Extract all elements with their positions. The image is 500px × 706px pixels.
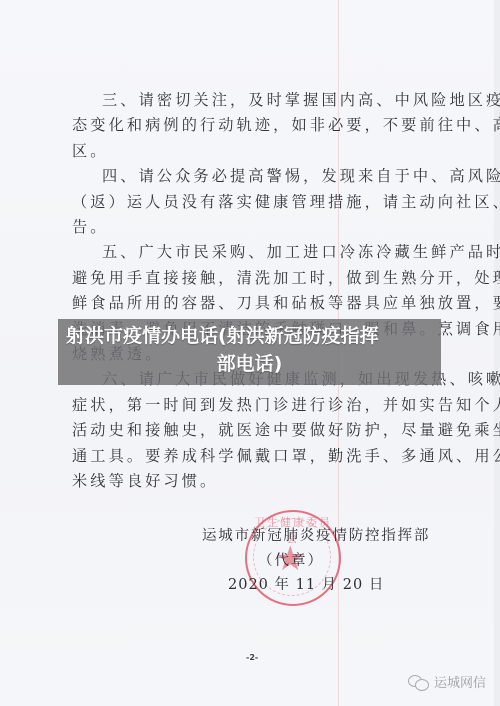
wechat-icon	[408, 674, 430, 690]
source-watermark: 运城网信	[408, 672, 486, 691]
article-title[interactable]: 射洪市疫情办电话(射洪新冠防疫指挥 部电话)	[58, 322, 441, 378]
signature-date: 2020 年 11 月 20 日	[228, 573, 384, 594]
page-number: -2-	[246, 653, 258, 662]
seal-note: （代章）	[258, 549, 324, 570]
title-banner: 射洪市疫情办电话(射洪新冠防疫指挥 部电话)	[58, 319, 441, 385]
watermark-label: 运城网信	[434, 672, 486, 691]
title-line-2: 部电话)	[58, 350, 441, 378]
title-line-1: 射洪市疫情办电话(射洪新冠防疫指挥	[58, 322, 441, 350]
signing-organization: 运城市新冠肺炎疫情防控指挥部	[202, 524, 430, 545]
document-page: 三、请密切关注，及时掌握国内高、中风险地区疫情的动 态变化和病例的行动轨迹，如非…	[0, 0, 500, 706]
